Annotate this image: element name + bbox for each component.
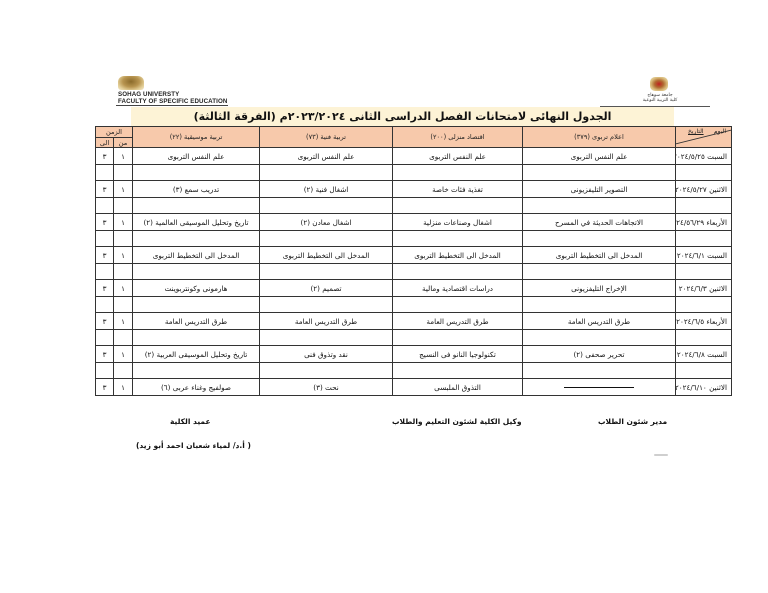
time-to-cell: ٣ xyxy=(96,247,114,264)
column-header-music: تربية موسيقية (٢٢) xyxy=(133,127,260,148)
date-cell: السبت ٢٠٢٤/٥/٢٥ xyxy=(676,148,732,165)
signature-vice-dean: وكيل الكلية لشئون التعليم والطلاب xyxy=(392,417,522,426)
column-header-time-to: الى xyxy=(96,138,114,148)
column-header-time: الزمن xyxy=(96,127,133,138)
dean-name: ( أ.د/ لمياء شعبان احمد أبو زيد) xyxy=(136,441,251,450)
home-econ-exam-cell: تغذية فئات خاصة xyxy=(393,181,523,198)
table-row: السبت ٢٠٢٤/٥/٢٥ علم النفس التربوى علم ال… xyxy=(96,148,732,165)
home-econ-exam-cell: اشغال وصناعات منزلية xyxy=(393,214,523,231)
time-from-cell: ١ xyxy=(114,280,133,297)
day-label: اليوم xyxy=(714,128,726,135)
time-from-cell: ١ xyxy=(114,148,133,165)
time-to-cell: ٣ xyxy=(96,346,114,363)
table-row: الأربعاء ٢٠٢٤/٦/٥ طرق التدريس العامة طرق… xyxy=(96,313,732,330)
media-exam-cell: الاتجاهات الحديثة في المسرح xyxy=(523,214,676,231)
home-econ-exam-cell: المدخل الى التخطيط التربوى xyxy=(393,247,523,264)
table-row: الاثنين ٢٠٢٤/٦/١٠ التذوق الملبسى نحت (٣)… xyxy=(96,379,732,396)
time-from-cell: ١ xyxy=(114,346,133,363)
music-exam-cell: علم النفس التربوى xyxy=(133,148,260,165)
time-to-cell: ٣ xyxy=(96,214,114,231)
column-header-time-from: من xyxy=(114,138,133,148)
table-row: الاثنين ٢٠٢٤/٥/٢٧ التصوير التليفزيونى تغ… xyxy=(96,181,732,198)
media-exam-cell: المدخل الى التخطيط التربوى xyxy=(523,247,676,264)
faculty-crest-logo xyxy=(650,77,668,91)
home-econ-exam-cell: طرق التدريس العامة xyxy=(393,313,523,330)
date-cell: الاثنين ٢٠٢٤/٥/٢٧ xyxy=(676,181,732,198)
table-row: الاثنين ٢٠٢٤/٦/٣ الإخراج التليفزيونى درا… xyxy=(96,280,732,297)
table-row: السبت ٢٠٢٤/٦/٨ تحرير صحفى (٢) تكنولوجيا … xyxy=(96,346,732,363)
media-exam-cell: التصوير التليفزيونى xyxy=(523,181,676,198)
date-cell: السبت ٢٠٢٤/٦/٨ xyxy=(676,346,732,363)
music-exam-cell: طرق التدريس العامة xyxy=(133,313,260,330)
home-econ-exam-cell: علم النفس التربوى xyxy=(393,148,523,165)
time-to-cell: ٣ xyxy=(96,148,114,165)
date-cell: السبت ٢٠٢٤/٦/١ xyxy=(676,247,732,264)
table-row: الأربعاء ٢٠٢٤/٥٦/٢٩ الاتجاهات الحديثة في… xyxy=(96,214,732,231)
music-exam-cell: المدخل الى التخطيط التربوى xyxy=(133,247,260,264)
no-exam-dash xyxy=(564,387,634,389)
time-from-cell: ١ xyxy=(114,379,133,396)
music-exam-cell: تدريب سمع (٣) xyxy=(133,181,260,198)
university-name-ar: جامعة سوهاج كلية التربية النوعية xyxy=(638,93,682,103)
date-cell: الاثنين ٢٠٢٤/٦/١٠ xyxy=(676,379,732,396)
time-to-cell: ٣ xyxy=(96,313,114,330)
spacer-row xyxy=(96,165,732,181)
spacer-row xyxy=(96,297,732,313)
university-name-en: SOHAG UNIVERSTY FACULTY OF SPECIFIC EDUC… xyxy=(118,92,227,105)
time-to-cell: ٣ xyxy=(96,379,114,396)
home-econ-exam-cell: دراسات اقتصادية ومالية xyxy=(393,280,523,297)
exam-schedule-table: اليوم التاريخ اعلام تربوى (٣٧٩) اقتصاد م… xyxy=(95,126,732,396)
music-exam-cell: هارمونى وكونتربوينت xyxy=(133,280,260,297)
header-divider xyxy=(116,105,228,106)
art-exam-cell: علم النفس التربوى xyxy=(260,148,393,165)
media-exam-cell: طرق التدريس العامة xyxy=(523,313,676,330)
time-from-cell: ١ xyxy=(114,181,133,198)
time-from-cell: ١ xyxy=(114,313,133,330)
exam-schedule-page: SOHAG UNIVERSTY FACULTY OF SPECIFIC EDUC… xyxy=(0,0,768,593)
art-exam-cell: اشغال فنية (٢) xyxy=(260,181,393,198)
home-econ-exam-cell: تكنولوجيا النانو فى النسيج xyxy=(393,346,523,363)
spacer-row xyxy=(96,363,732,379)
music-exam-cell: تاريخ وتحليل الموسيقى العربية (٢) xyxy=(133,346,260,363)
time-from-cell: ١ xyxy=(114,214,133,231)
time-from-cell: ١ xyxy=(114,247,133,264)
spacer-row xyxy=(96,198,732,214)
spacer-row xyxy=(96,231,732,247)
time-to-cell: ٣ xyxy=(96,280,114,297)
page-title: الجدول النهائى لامتحانات الفصل الدراسى ا… xyxy=(131,107,674,126)
music-exam-cell: صولفيج وغناء عربى (٦) xyxy=(133,379,260,396)
home-econ-exam-cell: التذوق الملبسى xyxy=(393,379,523,396)
day-date-corner-header: اليوم التاريخ xyxy=(676,127,732,148)
column-header-media: اعلام تربوى (٣٧٩) xyxy=(523,127,676,148)
date-cell: الاثنين ٢٠٢٤/٦/٣ xyxy=(676,280,732,297)
signature-student-affairs: مدير شئون الطلاب xyxy=(598,417,667,426)
date-label: التاريخ xyxy=(688,128,704,135)
art-exam-cell: اشغال معادن (٢) xyxy=(260,214,393,231)
time-to-cell: ٣ xyxy=(96,181,114,198)
media-exam-cell: تحرير صحفى (٢) xyxy=(523,346,676,363)
media-exam-cell xyxy=(523,379,676,396)
art-exam-cell: نحت (٣) xyxy=(260,379,393,396)
column-header-home-economics: اقتصاد منزلى (٢٠٠) xyxy=(393,127,523,148)
media-exam-cell: الإخراج التليفزيونى xyxy=(523,280,676,297)
music-exam-cell: تاريخ وتحليل الموسيقى العالمية (٢) xyxy=(133,214,260,231)
art-exam-cell: تصميم (٢) xyxy=(260,280,393,297)
faculty-name-ar-line: كلية التربية النوعية xyxy=(638,98,682,103)
column-header-art: تربية فنية (٧٣) xyxy=(260,127,393,148)
date-cell: الأربعاء ٢٠٢٤/٥٦/٢٩ xyxy=(676,214,732,231)
date-cell: الأربعاء ٢٠٢٤/٦/٥ xyxy=(676,313,732,330)
media-exam-cell: علم النفس التربوى xyxy=(523,148,676,165)
signature-dean: عميد الكلية xyxy=(170,417,211,426)
art-exam-cell: طرق التدريس العامة xyxy=(260,313,393,330)
spacer-row xyxy=(96,264,732,280)
table-row: السبت ٢٠٢٤/٦/١ المدخل الى التخطيط التربو… xyxy=(96,247,732,264)
art-exam-cell: نقد وتذوق فنى xyxy=(260,346,393,363)
spacer-row xyxy=(96,330,732,346)
scan-mark xyxy=(654,454,668,456)
art-exam-cell: المدخل الى التخطيط التربوى xyxy=(260,247,393,264)
university-crest-logo xyxy=(118,76,144,90)
